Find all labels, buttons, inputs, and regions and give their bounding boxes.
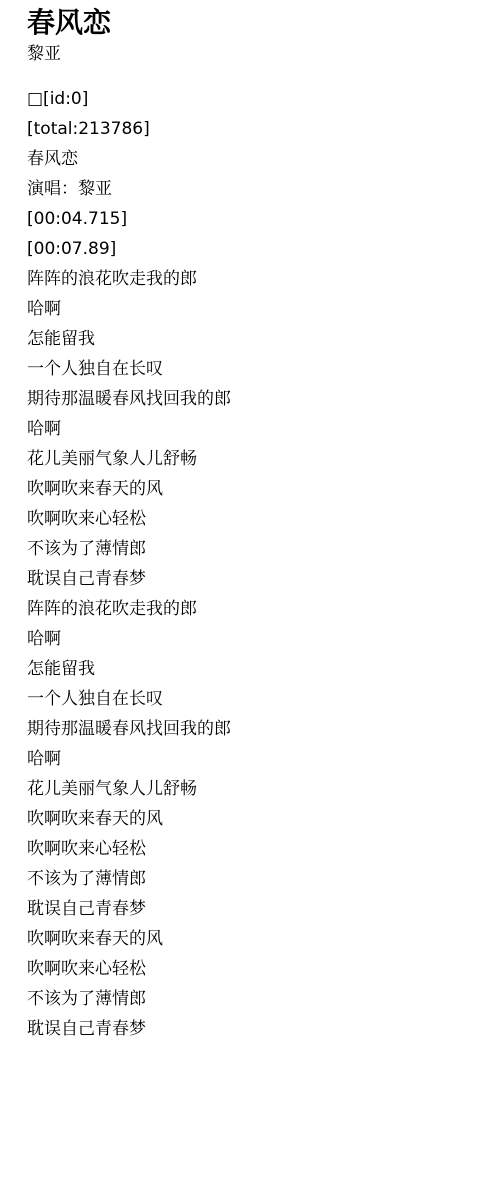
lyric-line: 吹啊吹来春天的风 xyxy=(27,474,480,504)
lyric-line: [00:07.89] xyxy=(27,234,480,264)
lyric-line: 演唱：黎亚 xyxy=(27,174,480,204)
lyric-line: 怎能留我 xyxy=(27,324,480,354)
lyric-line: 哈啊 xyxy=(27,414,480,444)
lyric-line: 一个人独自在长叹 xyxy=(27,684,480,714)
song-title: 春风恋 xyxy=(27,5,480,40)
lyric-line: 一个人独自在长叹 xyxy=(27,354,480,384)
lyric-line: [00:04.715] xyxy=(27,204,480,234)
lyric-line: 花儿美丽气象人儿舒畅 xyxy=(27,774,480,804)
lyric-line: 哈啊 xyxy=(27,744,480,774)
lyric-line: 期待那温暖春风找回我的郎 xyxy=(27,714,480,744)
lyric-line: 不该为了薄情郎 xyxy=(27,984,480,1014)
lyric-line: 哈啊 xyxy=(27,294,480,324)
artist-name: 黎亚 xyxy=(27,44,480,64)
lyric-line: 吹啊吹来春天的风 xyxy=(27,804,480,834)
lyric-line: 阵阵的浪花吹走我的郎 xyxy=(27,264,480,294)
lyric-line: 怎能留我 xyxy=(27,654,480,684)
lyric-line: 期待那温暖春风找回我的郎 xyxy=(27,384,480,414)
lyric-line: 吹啊吹来心轻松 xyxy=(27,504,480,534)
lyric-line: 吹啊吹来春天的风 xyxy=(27,924,480,954)
lyric-line: 耽误自己青春梦 xyxy=(27,1014,480,1044)
lyric-line: 不该为了薄情郎 xyxy=(27,864,480,894)
lyric-line: 吹啊吹来心轻松 xyxy=(27,834,480,864)
lyric-line: 哈啊 xyxy=(27,624,480,654)
lyrics-page: 春风恋 黎亚 □[id:0][total:213786]春风恋演唱：黎亚[00:… xyxy=(0,0,500,1044)
lyric-line: 不该为了薄情郎 xyxy=(27,534,480,564)
lyric-line: 花儿美丽气象人儿舒畅 xyxy=(27,444,480,474)
lyric-line: □[id:0] xyxy=(27,84,480,114)
lyric-line: 吹啊吹来心轻松 xyxy=(27,954,480,984)
lyric-line: 耽误自己青春梦 xyxy=(27,564,480,594)
lyric-line: 耽误自己青春梦 xyxy=(27,894,480,924)
lyrics-body: □[id:0][total:213786]春风恋演唱：黎亚[00:04.715]… xyxy=(27,84,480,1044)
lyric-line: [total:213786] xyxy=(27,114,480,144)
lyric-line: 阵阵的浪花吹走我的郎 xyxy=(27,594,480,624)
lyric-line: 春风恋 xyxy=(27,144,480,174)
